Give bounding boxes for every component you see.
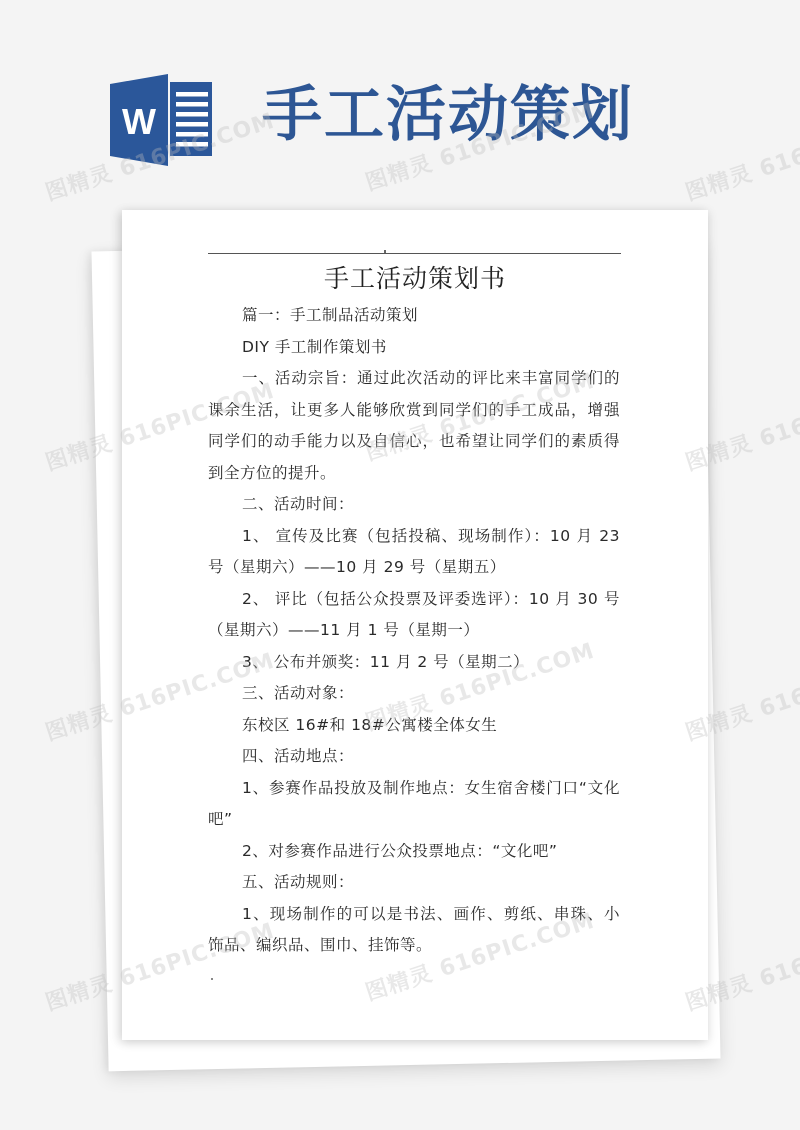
header-rule-mark xyxy=(384,250,386,253)
banner-title: 手工活动策划 xyxy=(262,80,634,150)
paragraph: 一、活动宗旨：通过此次活动的评比来丰富同学们的课余生活，让更多人能够欣赏到同学们… xyxy=(208,363,620,489)
document-page: 手工活动策划书 篇一：手工制品活动策划 DIY 手工制作策划书 一、活动宗旨：通… xyxy=(122,210,708,1040)
document-preview: W 手工活动策划 手工活动策划书 篇一：手工制品活动策划 DIY 手工制作策划书… xyxy=(0,0,800,1130)
paragraph: 二、活动时间： xyxy=(208,489,620,521)
paragraph: 1、 宣传及比赛（包括投稿、现场制作）：10 月 23 号（星期六）——10 月… xyxy=(208,521,620,584)
paragraph-end-mark xyxy=(211,978,213,980)
paragraph: 三、活动对象： xyxy=(208,678,620,710)
paragraph: 四、活动地点： xyxy=(208,741,620,773)
paragraph: 1、参赛作品投放及制作地点：女生宿舍楼门口“文化吧” xyxy=(208,773,620,836)
paragraph: 3、 公布并颁奖：11 月 2 号（星期二） xyxy=(208,647,620,679)
paragraph: 五、活动规则： xyxy=(208,867,620,899)
word-document-icon: W xyxy=(110,72,214,168)
header-rule xyxy=(208,253,621,254)
document-title: 手工活动策划书 xyxy=(122,262,708,296)
paragraph: 1、现场制作的可以是书法、画作、剪纸、串珠、小饰品、编织品、围巾、挂饰等。 xyxy=(208,899,620,962)
paragraph: 篇一：手工制品活动策划 xyxy=(208,300,620,332)
document-body: 篇一：手工制品活动策划 DIY 手工制作策划书 一、活动宗旨：通过此次活动的评比… xyxy=(208,300,620,962)
paragraph: DIY 手工制作策划书 xyxy=(208,332,620,364)
svg-text:W: W xyxy=(122,101,156,142)
watermark: 图精灵 616PIC.COM xyxy=(681,104,800,207)
paragraph: 2、对参赛作品进行公众投票地点：“文化吧” xyxy=(208,836,620,868)
paragraph: 2、 评比（包括公众投票及评委选评）：10 月 30 号（星期六）——11 月 … xyxy=(208,584,620,647)
paragraph: 东校区 16#和 18#公寓楼全体女生 xyxy=(208,710,620,742)
